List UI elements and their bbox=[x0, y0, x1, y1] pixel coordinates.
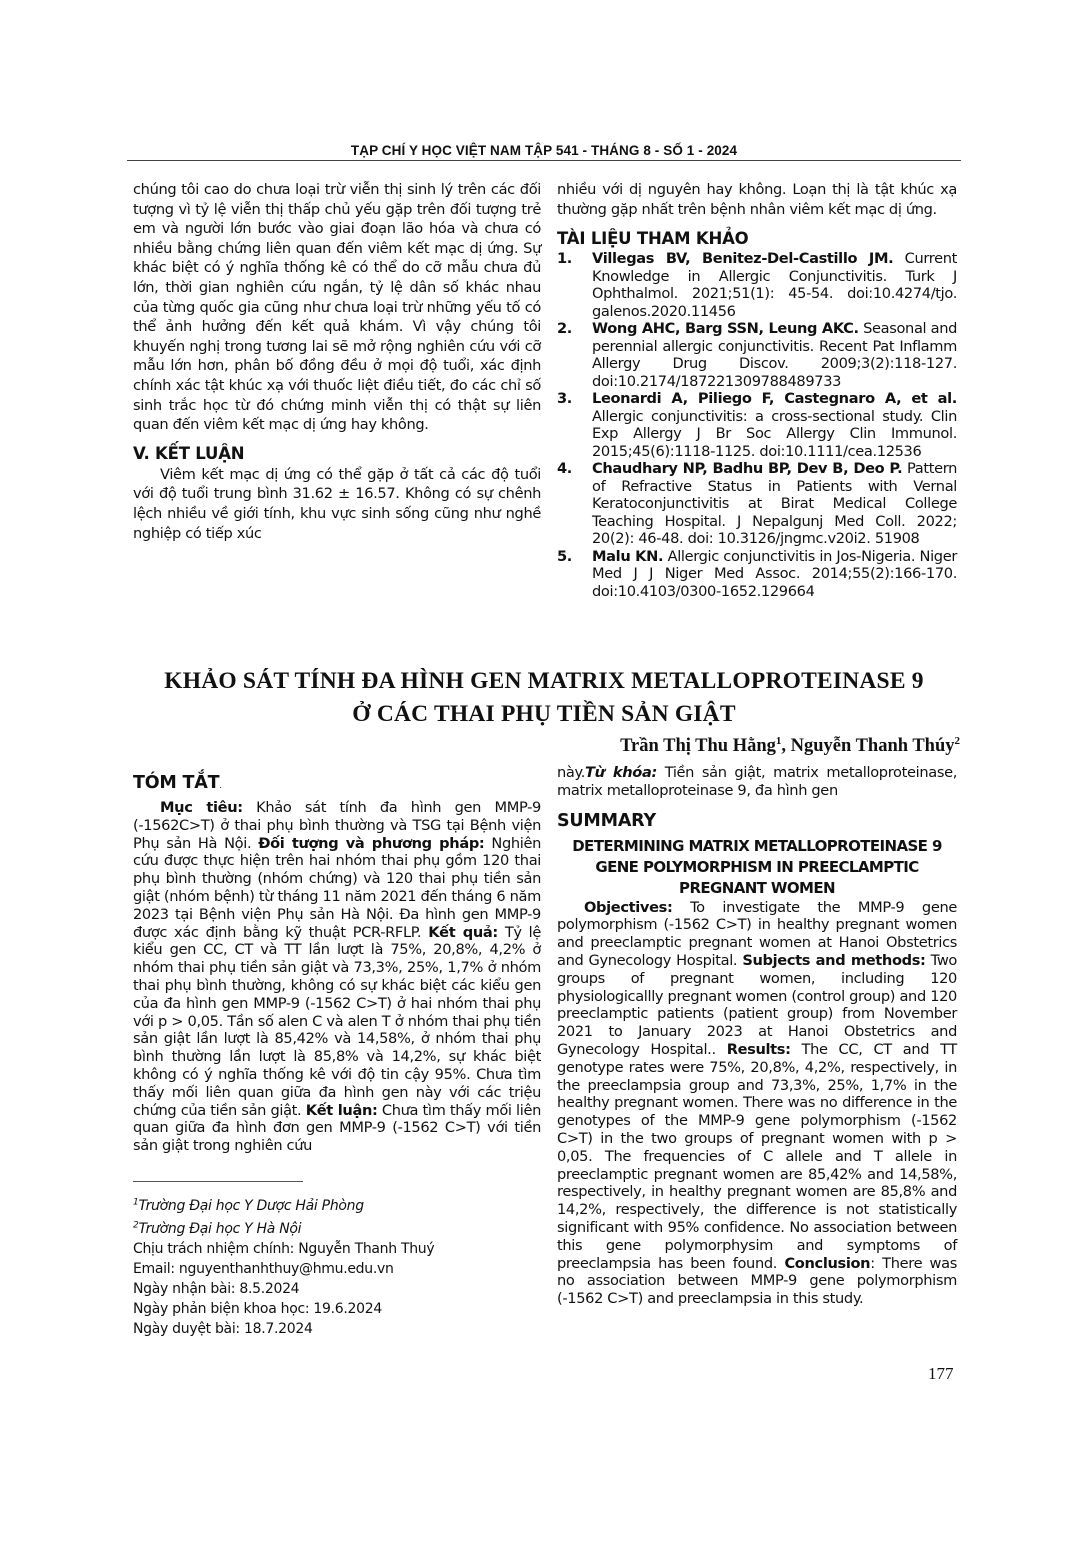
running-header: TẠP CHÍ Y HỌC VIỆT NAM TẬP 541 - THÁNG 8… bbox=[127, 143, 961, 158]
results-label: Kết quả: bbox=[428, 924, 498, 941]
reference-text: Allergic conjunctivitis: a cross-section… bbox=[592, 408, 957, 460]
keywords-label: Từ khóa: bbox=[585, 764, 657, 781]
methods-label: Đối tượng và phương pháp: bbox=[258, 835, 484, 852]
results-label: Results: bbox=[727, 1041, 791, 1058]
abstract-vi-column: TÓM TẮT. Mục tiêu: Khảo sát tính đa hình… bbox=[133, 770, 541, 1155]
author-name: Nguyễn Thanh Thúy bbox=[791, 736, 955, 756]
conclusion-paragraph-cont: nhiều với dị nguyên hay không. Loạn thị … bbox=[557, 180, 957, 219]
reference-authors: Leonardi A, Piliego F, Castegnaro A, et … bbox=[592, 390, 957, 407]
conclusion-heading: V. KẾT LUẬN bbox=[133, 443, 541, 465]
reference-item: 5.Malu KN. Allergic conjunctivitis in Jo… bbox=[557, 548, 957, 601]
corresponding-author: Chịu trách nhiệm chính: Nguyễn Thanh Thu… bbox=[133, 1239, 543, 1259]
summary-body: Objectives: To investigate the MMP-9 gen… bbox=[557, 899, 957, 1308]
abstract-vi-heading: TÓM TẮT. bbox=[133, 770, 541, 799]
footnotes: 1Trường Đại học Y Dược Hải Phòng 2Trường… bbox=[133, 1192, 543, 1339]
reference-list: 1.Villegas BV, Benitez-Del-Castillo JM. … bbox=[557, 250, 957, 600]
affiliation-1: 1Trường Đại học Y Dược Hải Phòng bbox=[133, 1192, 543, 1216]
email: Email: nguyenthanhthuy@hmu.edu.vn bbox=[133, 1259, 543, 1279]
article-title: KHẢO SÁT TÍNH ĐA HÌNH GEN MATRIX METALLO… bbox=[127, 665, 961, 731]
conclusion-label: Conclusion bbox=[784, 1255, 870, 1272]
reference-item: 4.Chaudhary NP, Badhu BP, Dev B, Deo P. … bbox=[557, 460, 957, 548]
article-title-line2: Ở CÁC THAI PHỤ TIỀN SẢN GIẬT bbox=[127, 698, 961, 731]
conclusion-paragraph: Viêm kết mạc dị ứng có thể gặp ở tất cả … bbox=[133, 465, 541, 543]
author-name: Trần Thị Thu Hằng bbox=[620, 736, 776, 756]
summary-heading: SUMMARY bbox=[557, 809, 957, 833]
reference-authors: Wong AHC, Barg SSN, Leung AKC. bbox=[592, 320, 859, 337]
objectives-label: Objectives: bbox=[584, 899, 672, 916]
summary-title: DETERMINING MATRIX METALLOPROTEINASE 9 G… bbox=[557, 836, 957, 899]
summary-en-column: này.Từ khóa: Tiền sản giật, matrix metal… bbox=[557, 764, 957, 1308]
discussion-paragraph: chúng tôi cao do chưa loại trừ viễn thị … bbox=[133, 180, 541, 435]
page-number: 177 bbox=[928, 1364, 954, 1384]
affiliation-2: 2Trường Đại học Y Hà Nội bbox=[133, 1216, 543, 1240]
article-authors: Trần Thị Thu Hằng1, Nguyễn Thanh Thúy2 bbox=[620, 735, 960, 757]
reference-item: 3.Leonardi A, Piliego F, Castegnaro A, e… bbox=[557, 390, 957, 460]
article-title-line1: KHẢO SÁT TÍNH ĐA HÌNH GEN MATRIX METALLO… bbox=[127, 665, 961, 698]
author-affiliation-marker: 2 bbox=[955, 735, 961, 747]
date-received: Ngày nhận bài: 8.5.2024 bbox=[133, 1279, 543, 1299]
reference-authors: Malu KN. bbox=[592, 548, 663, 565]
conclusion-label: Kết luận: bbox=[306, 1102, 378, 1119]
date-accepted: Ngày duyệt bài: 18.7.2024 bbox=[133, 1319, 543, 1339]
keywords: này.Từ khóa: Tiền sản giật, matrix metal… bbox=[557, 764, 957, 800]
reference-item: 1.Villegas BV, Benitez-Del-Castillo JM. … bbox=[557, 250, 957, 320]
reference-item: 2.Wong AHC, Barg SSN, Leung AKC. Seasona… bbox=[557, 320, 957, 390]
subjects-methods-label: Subjects and methods: bbox=[742, 952, 925, 969]
prev-article-right-column: nhiều với dị nguyên hay không. Loạn thị … bbox=[557, 180, 957, 600]
prev-article-left-column: chúng tôi cao do chưa loại trừ viễn thị … bbox=[133, 180, 541, 543]
reference-authors: Chaudhary NP, Badhu BP, Dev B, Deo P. bbox=[592, 460, 902, 477]
abstract-vi-body: Mục tiêu: Khảo sát tính đa hình gen MMP-… bbox=[133, 799, 541, 1155]
references-heading: TÀI LIỆU THAM KHẢO bbox=[557, 228, 957, 250]
header-rule bbox=[127, 160, 961, 161]
objective-label: Mục tiêu: bbox=[160, 799, 243, 816]
date-reviewed: Ngày phản biện khoa học: 19.6.2024 bbox=[133, 1299, 543, 1319]
reference-authors: Villegas BV, Benitez-Del-Castillo JM. bbox=[592, 250, 893, 267]
footnote-rule bbox=[133, 1181, 303, 1182]
